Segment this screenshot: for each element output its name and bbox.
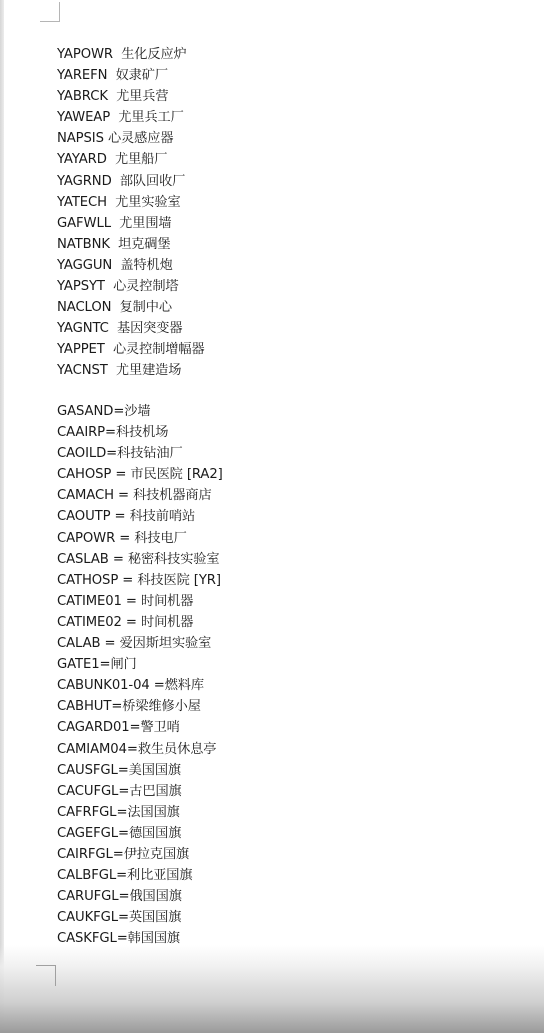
list-item: YAGRND 部队回收厂	[57, 171, 205, 192]
building-name: 时间机器	[141, 615, 193, 630]
building-code: NAPSIS	[57, 131, 104, 146]
list-item: CAOUTP = 科技前哨站	[57, 506, 223, 527]
building-name: 坦克碉堡	[118, 237, 170, 252]
building-code: CATIME02	[57, 615, 122, 630]
building-code: CATIME01	[57, 594, 122, 609]
list-item: CABHUT=桥梁维修小屋	[57, 696, 223, 717]
list-item: CALBFGL=利比亚国旗	[57, 865, 223, 886]
building-name: 英国国旗	[129, 910, 181, 925]
list-item: CAMIAM04=救生员休息亭	[57, 739, 223, 760]
separator: =	[122, 615, 141, 630]
building-code: NACLON	[57, 300, 111, 315]
building-name: 伊拉克国旗	[124, 847, 189, 862]
building-code: YAGNTC	[57, 321, 109, 336]
building-code: GATE1	[57, 657, 100, 672]
separator	[107, 195, 115, 210]
building-name: 科技机场	[116, 425, 168, 440]
building-code: YAPPET	[57, 342, 105, 357]
building-name: 尤里围墙	[119, 216, 171, 231]
list-item: NATBNK 坦克碉堡	[57, 234, 205, 255]
list-item: NAPSIS 心灵感应器	[57, 128, 205, 149]
separator: =	[118, 573, 137, 588]
list-item: CAUKFGL=英国国旗	[57, 907, 223, 928]
list-item: GAFWLL 尤里围墙	[57, 213, 205, 234]
building-name: 盖特机炮	[120, 258, 172, 273]
list-item: NACLON 复制中心	[57, 297, 205, 318]
separator: =	[113, 404, 124, 419]
list-item: GASAND=沙墙	[57, 401, 223, 422]
separator: =	[113, 847, 124, 862]
building-code: CAUKFGL	[57, 910, 118, 925]
list-item: CASLAB = 秘密科技实验室	[57, 549, 223, 570]
building-code: YAREFN	[57, 68, 107, 83]
separator: =	[111, 467, 130, 482]
building-name: 尤里船厂	[115, 152, 167, 167]
building-code: CAIRFGL	[57, 847, 113, 862]
separator: =	[118, 763, 129, 778]
list-item: CATIME02 = 时间机器	[57, 612, 223, 633]
list-item: CAOILD=科技钻油厂	[57, 443, 223, 464]
list-item: YACNST 尤里建造场	[57, 360, 205, 381]
building-code: CABUNK01-04	[57, 678, 150, 693]
building-name: 沙墙	[124, 404, 150, 419]
building-code: CACUFGL	[57, 784, 118, 799]
building-code: GASAND	[57, 404, 113, 419]
building-name: 心灵控制增幅器	[113, 342, 205, 357]
building-name: 尤里建造场	[116, 363, 181, 378]
page-margin-corner-mark-top	[40, 2, 60, 22]
building-code: CAOILD	[57, 446, 106, 461]
building-name: 科技机器商店	[133, 488, 212, 503]
separator	[107, 68, 115, 83]
list-item: YAGNTC 基因突变器	[57, 318, 205, 339]
separator: =	[118, 826, 129, 841]
building-name: 古巴国旗	[129, 784, 181, 799]
list-item: YAWEAP 尤里兵工厂	[57, 107, 205, 128]
list-item: YATECH 尤里实验室	[57, 192, 205, 213]
separator: =	[105, 425, 116, 440]
separator	[105, 279, 113, 294]
building-name: 桥梁维修小屋	[122, 699, 201, 714]
building-name: 尤里实验室	[115, 195, 180, 210]
building-name: 德国国旗	[129, 826, 181, 841]
building-code: CAGARD01	[57, 720, 130, 735]
list-item: CATHOSP = 科技医院 [YR]	[57, 570, 223, 591]
building-name: 闸门	[110, 657, 136, 672]
building-code: YAYARD	[57, 152, 107, 167]
list-item: YAYARD 尤里船厂	[57, 149, 205, 170]
building-name: 尤里兵营	[116, 89, 168, 104]
building-code: CAFRFGL	[57, 805, 116, 820]
list-item: CAGARD01=警卫哨	[57, 717, 223, 738]
building-code: CAMIAM04	[57, 742, 127, 757]
separator: =	[100, 636, 119, 651]
separator	[108, 89, 116, 104]
building-name: 利比亚国旗	[127, 868, 192, 883]
building-name: 生化反应炉	[121, 47, 186, 62]
separator: =	[118, 784, 129, 799]
building-code: CAGEFGL	[57, 826, 118, 841]
building-name: 奴隶矿厂	[116, 68, 168, 83]
building-code: CALAB	[57, 636, 100, 651]
separator	[108, 363, 116, 378]
building-name: 时间机器	[141, 594, 193, 609]
building-code: YATECH	[57, 195, 107, 210]
building-name: 复制中心	[120, 300, 172, 315]
building-code: GAFWLL	[57, 216, 111, 231]
building-code: CABHUT	[57, 699, 111, 714]
building-code: YAGGUN	[57, 258, 112, 273]
list-item: YAREFN 奴隶矿厂	[57, 65, 205, 86]
list-item: YAGGUN 盖特机炮	[57, 255, 205, 276]
building-code: CAOUTP	[57, 509, 110, 524]
building-name: 燃料库	[165, 678, 204, 693]
building-code: CARUFGL	[57, 889, 119, 904]
list-item: CASKFGL=韩国国旗	[57, 928, 223, 949]
separator	[109, 321, 117, 336]
building-name: 科技医院 [YR]	[137, 573, 221, 588]
building-name: 韩国国旗	[128, 931, 180, 946]
building-code: YAPSYT	[57, 279, 105, 294]
building-code: YAPOWR	[57, 47, 113, 62]
list-item: CATIME01 = 时间机器	[57, 591, 223, 612]
separator	[110, 237, 118, 252]
list-item: CAIRFGL=伊拉克国旗	[57, 844, 223, 865]
list-item: CARUFGL=俄国国旗	[57, 886, 223, 907]
building-name: 心灵感应器	[108, 131, 173, 146]
building-code: YAWEAP	[57, 110, 110, 125]
list-item: CAMACH = 科技机器商店	[57, 485, 223, 506]
list-item: CAPOWR = 科技电厂	[57, 528, 223, 549]
building-code: YACNST	[57, 363, 108, 378]
list-item: YAPOWR 生化反应炉	[57, 44, 205, 65]
separator: =	[106, 446, 117, 461]
separator	[113, 47, 121, 62]
list-item: CAAIRP=科技机场	[57, 422, 223, 443]
separator: =	[122, 594, 141, 609]
separator: =	[117, 931, 128, 946]
list-item: YAPSYT 心灵控制塔	[57, 276, 205, 297]
building-code: CAMACH	[57, 488, 114, 503]
list-item: YABRCK 尤里兵营	[57, 86, 205, 107]
separator: =	[115, 531, 134, 546]
building-name: 秘密科技实验室	[128, 552, 220, 567]
building-name: 法国国旗	[127, 805, 179, 820]
building-name: 警卫哨	[141, 720, 180, 735]
building-name: 市民医院 [RA2]	[130, 467, 222, 482]
building-name: 俄国国旗	[129, 889, 181, 904]
separator: =	[130, 720, 141, 735]
building-name: 尤里兵工厂	[118, 110, 183, 125]
list-item: CACUFGL=古巴国旗	[57, 781, 223, 802]
separator: =	[150, 678, 165, 693]
building-code: YABRCK	[57, 89, 108, 104]
separator	[105, 342, 113, 357]
separator: =	[109, 552, 128, 567]
list-item: YAPPET 心灵控制增幅器	[57, 339, 205, 360]
building-code-list-yuri: YAPOWR 生化反应炉YAREFN 奴隶矿厂YABRCK 尤里兵营YAWEAP…	[57, 44, 205, 382]
building-code: CAHOSP	[57, 467, 111, 482]
building-name: 心灵控制塔	[113, 279, 178, 294]
building-name: 科技前哨站	[130, 509, 195, 524]
building-name: 科技电厂	[134, 531, 186, 546]
list-item: CAGEFGL=德国国旗	[57, 823, 223, 844]
separator: =	[127, 742, 138, 757]
list-item: GATE1=闸门	[57, 654, 223, 675]
separator: =	[119, 889, 130, 904]
separator: =	[110, 509, 129, 524]
building-name: 科技钻油厂	[117, 446, 182, 461]
building-code: CATHOSP	[57, 573, 118, 588]
separator: =	[116, 868, 127, 883]
building-name: 部队回收厂	[120, 174, 185, 189]
list-item: CAUSFGL=美国国旗	[57, 760, 223, 781]
separator: =	[100, 657, 111, 672]
building-code: CASLAB	[57, 552, 109, 567]
list-item: CABUNK01-04 =燃料库	[57, 675, 223, 696]
page-margin-corner-mark-bottom	[36, 965, 56, 986]
building-code: CALBFGL	[57, 868, 116, 883]
building-name: 救生员休息亭	[138, 742, 217, 757]
building-code: NATBNK	[57, 237, 110, 252]
building-code: CAUSFGL	[57, 763, 118, 778]
building-code: YAGRND	[57, 174, 112, 189]
building-name: 美国国旗	[129, 763, 181, 778]
separator	[112, 174, 120, 189]
building-name: 基因突变器	[117, 321, 182, 336]
list-item: CAHOSP = 市民医院 [RA2]	[57, 464, 223, 485]
separator	[111, 300, 119, 315]
list-item: CALAB = 爱因斯坦实验室	[57, 633, 223, 654]
building-code: CAAIRP	[57, 425, 105, 440]
separator: =	[118, 910, 129, 925]
building-name: 爱因斯坦实验室	[120, 636, 212, 651]
building-code-list-civilian: GASAND=沙墙CAAIRP=科技机场CAOILD=科技钻油厂CAHOSP =…	[57, 401, 223, 949]
building-code: CASKFGL	[57, 931, 117, 946]
separator: =	[116, 805, 127, 820]
separator: =	[114, 488, 133, 503]
separator: =	[111, 699, 122, 714]
building-code: CAPOWR	[57, 531, 115, 546]
separator	[111, 216, 119, 231]
separator	[107, 152, 115, 167]
list-item: CAFRFGL=法国国旗	[57, 802, 223, 823]
